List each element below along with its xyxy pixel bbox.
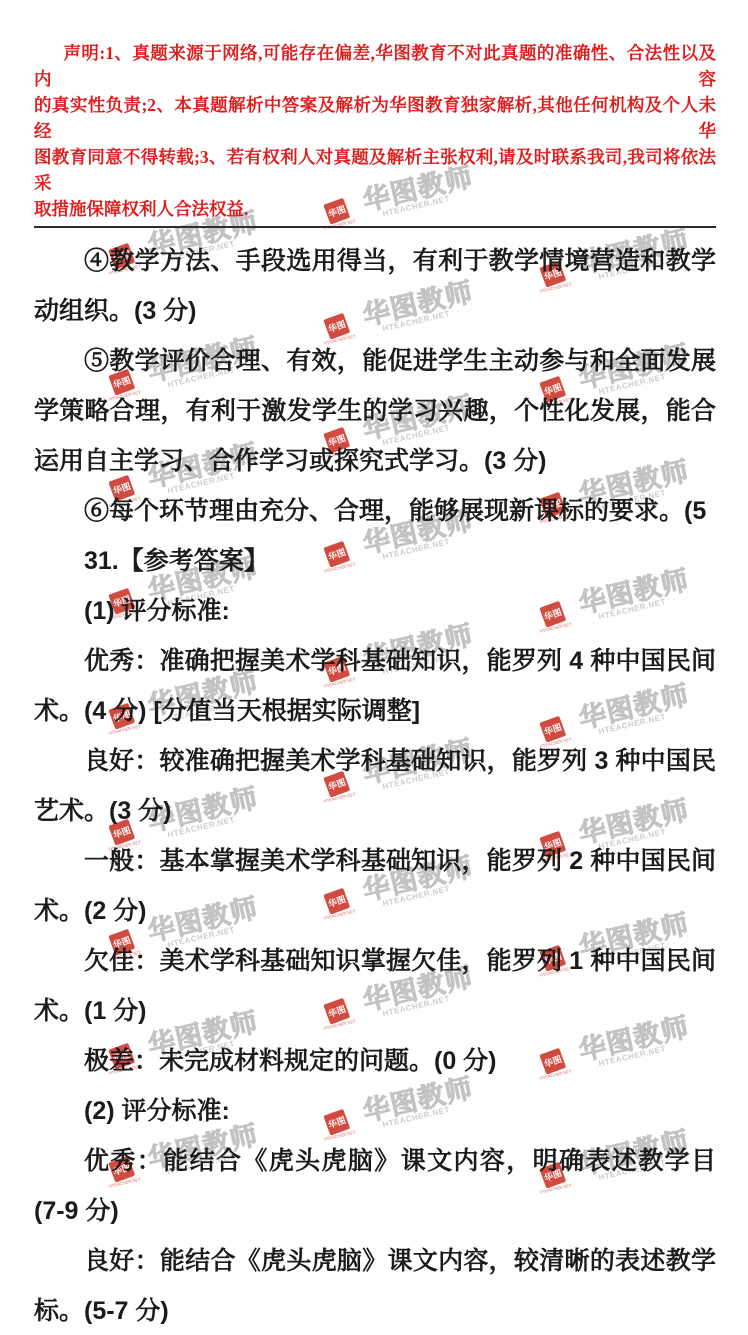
body-line: (2) 评分标准: [34,1086,716,1136]
disclaimer-text: 1、真题来源于网络,可能存在偏差,华图教育不对此真题的准确性、合法性以及内容 [34,43,716,89]
body-line: 极差：未完成材料规定的问题。(0 分) [34,1036,716,1086]
body-line: 标。(5-7 分) [34,1286,716,1335]
body-line: ④教学方法、手段选用得当，有利于教学情境营造和教学活 [34,236,716,286]
body-line: 学策略合理，有利于激发学生的学习兴趣，个性化发展，能合理 [34,386,716,436]
body-line: 良好：能结合《虎头虎脑》课文内容，较清晰的表述教学目 [34,1236,716,1286]
body-line: 术。(1 分) [34,986,716,1036]
body-line: 31.【参考答案】 [34,536,716,586]
body-line: 术。(2 分) [34,886,716,936]
body-line: 术。(4 分) [分值当天根据实际调整] [34,686,716,736]
disclaimer-notice: 声明:1、真题来源于网络,可能存在偏差,华图教育不对此真题的准确性、合法性以及内… [34,0,716,222]
body-line: 动组织。(3 分) [34,286,716,336]
body-line: 良好：较准确把握美术学科基础知识，能罗列 3 种中国民间 [34,736,716,786]
body-line: (7-9 分) [34,1186,716,1236]
body-line: 运用自主学习、合作学习或探究式学习。(3 分) [34,436,716,486]
disclaimer-line: 的真实性负责;2、本真题解析中答案及解析为华图教育独家解析,其他任何机构及个人未… [34,92,716,144]
body-line: 一般：基本掌握美术学科基础知识，能罗列 2 种中国民间艺 [34,836,716,886]
disclaimer-line: 取措施保障权利人合法权益. [34,196,716,222]
body-line: (1) 评分标准: [34,586,716,636]
answer-analysis-text: ④教学方法、手段选用得当，有利于教学情境营造和教学活 动组织。(3 分) ⑤教学… [34,236,716,1335]
body-line: 优秀：能结合《虎头虎脑》课文内容，明确表述教学目标。 [34,1136,716,1186]
disclaimer-divider [34,226,716,228]
body-line: 艺术。(3 分) [34,786,716,836]
disclaimer-line: 声明:1、真题来源于网络,可能存在偏差,华图教育不对此真题的准确性、合法性以及内… [34,40,716,92]
disclaimer-label: 声明: [63,43,105,63]
body-line: ⑥每个环节理由充分、合理，能够展现新课标的要求。(5 分) [34,486,716,536]
body-line: ⑤教学评价合理、有效，能促进学生主动参与和全面发展教 [34,336,716,386]
document-page: 华图HTEACHER.NET华图教师HTEACHER.NET华图HTEACHER… [0,0,748,1335]
body-line: 优秀：准确把握美术学科基础知识，能罗列 4 种中国民间艺 [34,636,716,686]
document-content: 声明:1、真题来源于网络,可能存在偏差,华图教育不对此真题的准确性、合法性以及内… [0,0,748,1335]
disclaimer-line: 图教育同意不得转载;3、若有权利人对真题及解析主张权利,请及时联系我司,我司将依… [34,144,716,196]
body-line: 欠佳：美术学科基础知识掌握欠佳，能罗列 1 种中国民间艺 [34,936,716,986]
